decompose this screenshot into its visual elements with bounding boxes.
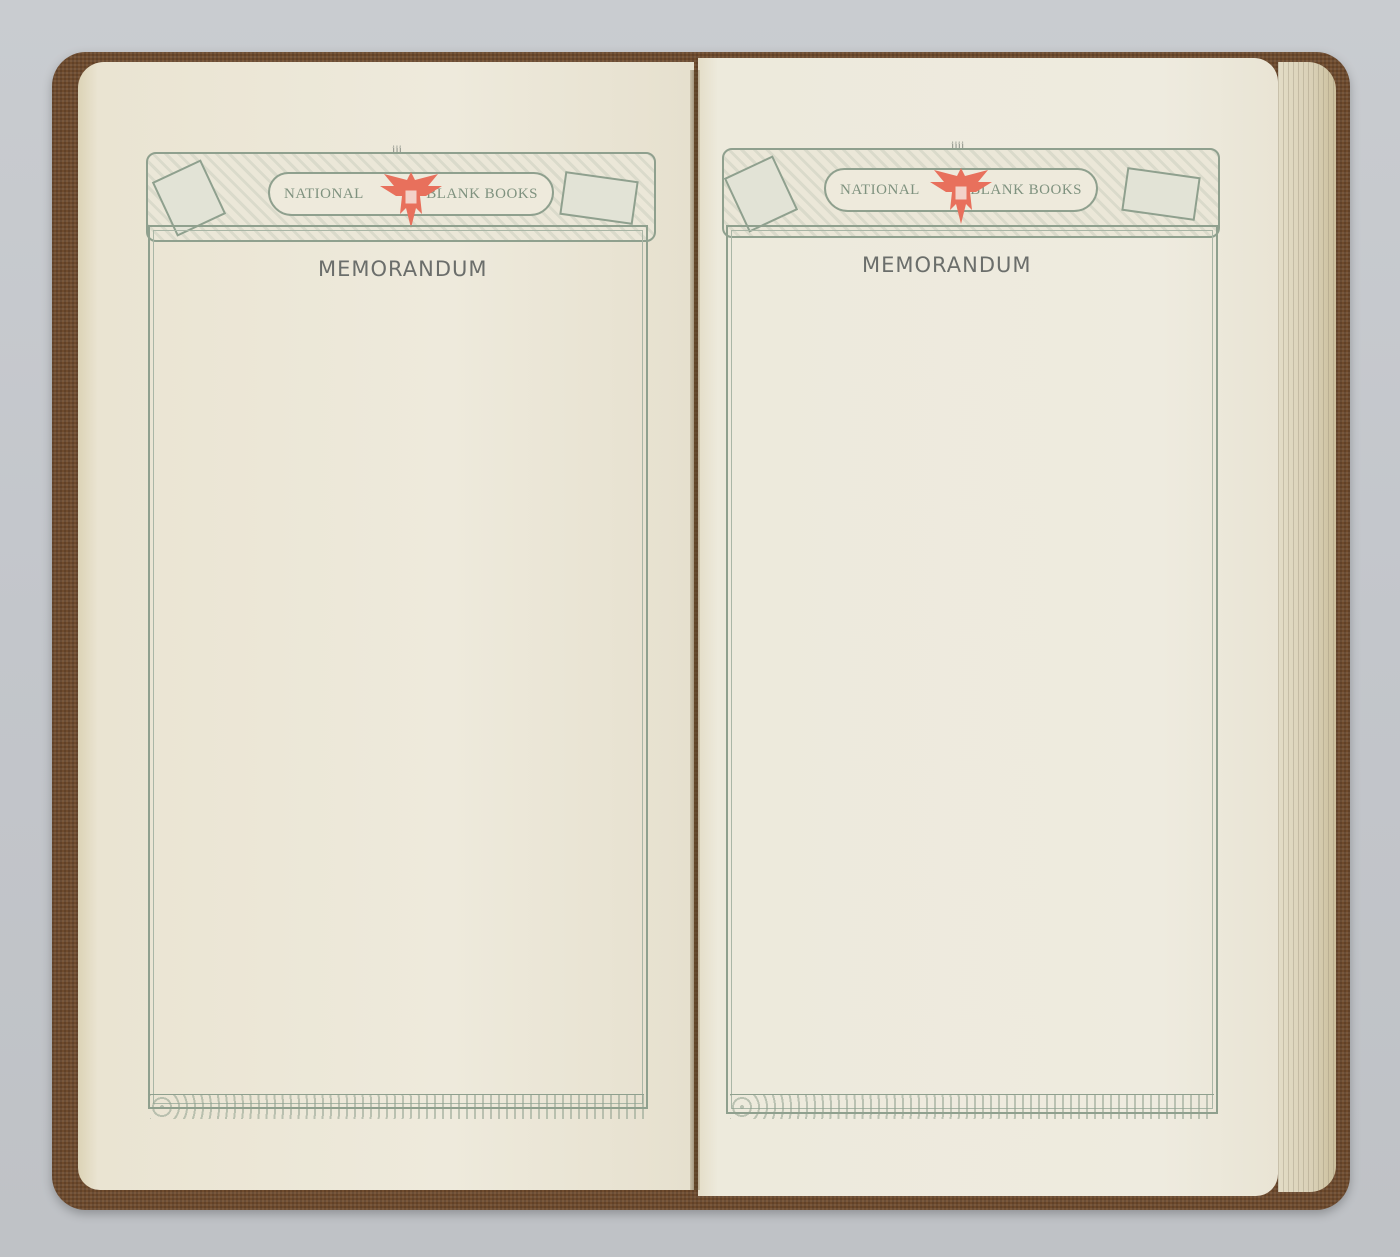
open-book-ornament-icon bbox=[559, 171, 638, 225]
eagle-emblem-icon bbox=[926, 164, 996, 226]
left-page-frame bbox=[148, 225, 648, 1109]
brand-left-text: NATIONAL bbox=[840, 182, 920, 199]
book-ornament-icon bbox=[724, 155, 798, 232]
open-book-ornament-icon bbox=[1121, 167, 1200, 221]
right-footer-ornament bbox=[730, 1094, 1214, 1119]
brand-scroll: NATIONAL BLANK BOOKS bbox=[268, 172, 554, 216]
right-page-frame bbox=[726, 225, 1218, 1114]
book-gutter bbox=[690, 70, 700, 1190]
brand-left-text: NATIONAL bbox=[284, 186, 364, 203]
brand-scroll: NATIONAL BLANK BOOKS bbox=[824, 168, 1098, 212]
eagle-emblem-icon bbox=[376, 168, 446, 230]
left-footer-ornament bbox=[150, 1094, 644, 1119]
page-edges bbox=[1278, 62, 1336, 1192]
